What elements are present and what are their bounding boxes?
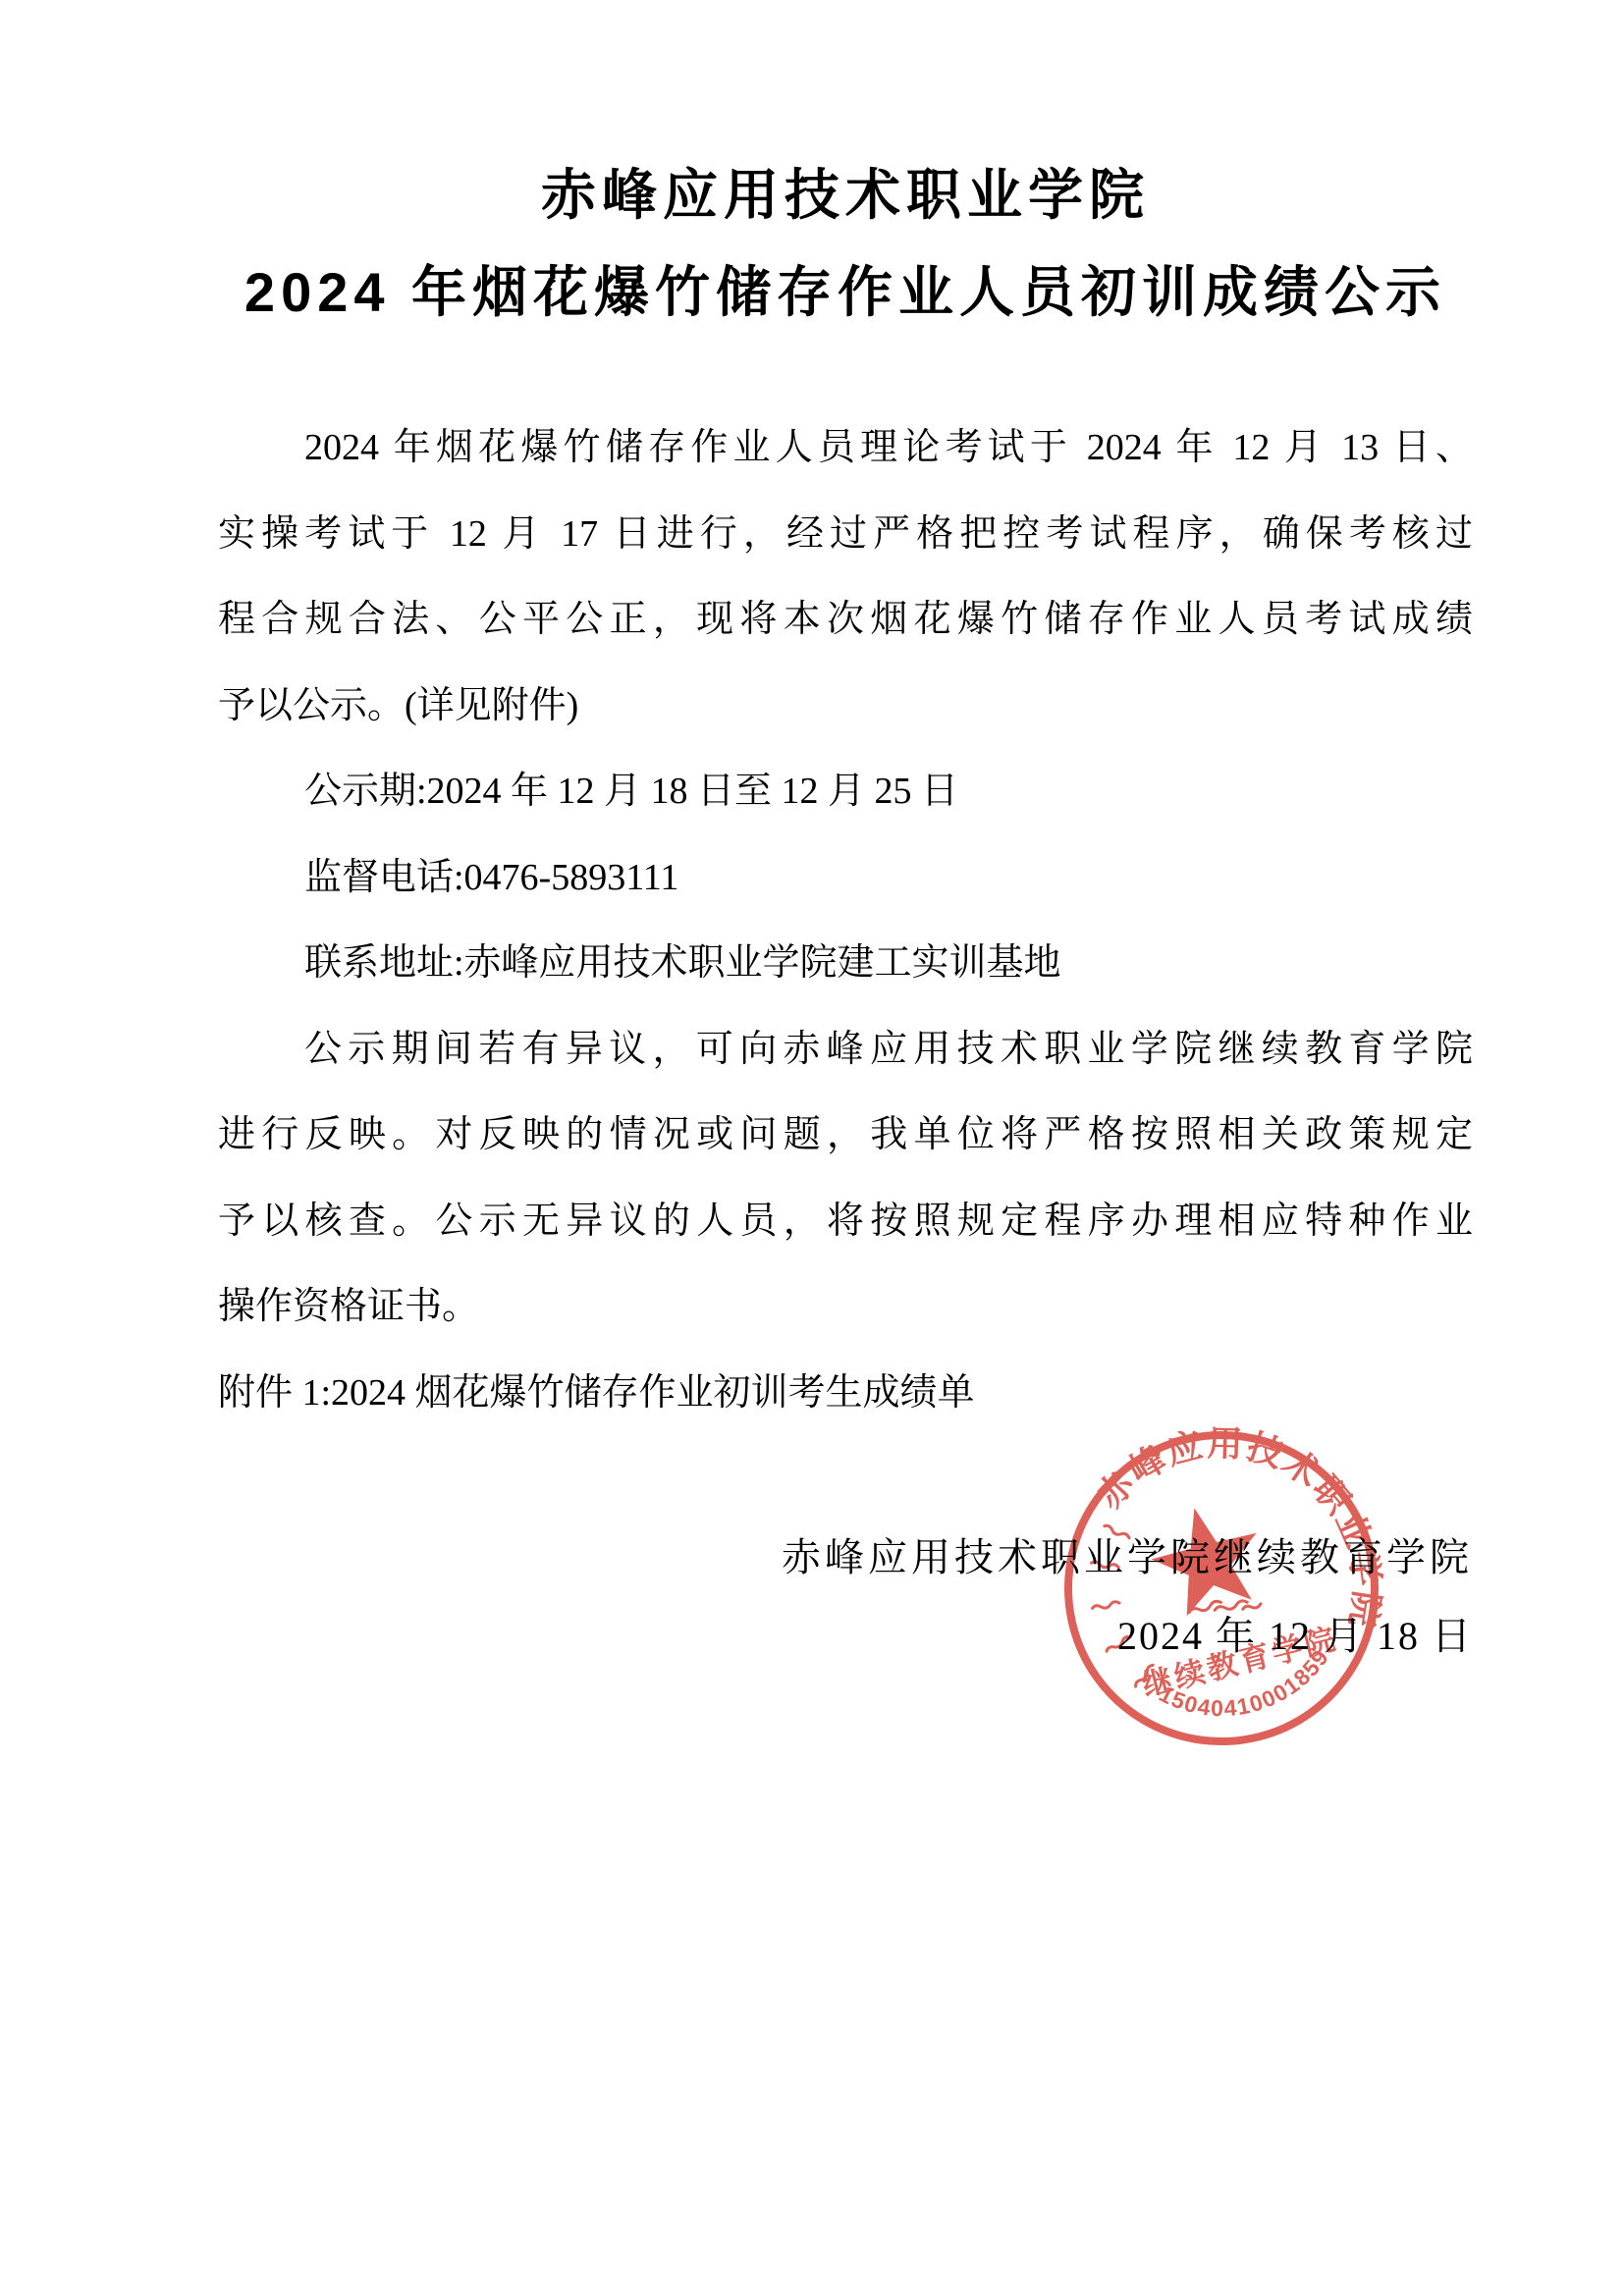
body-line: 实操考试于 12 月 17 日进行，经过严格把控考试程序，确保考核过 bbox=[218, 492, 1473, 578]
document-title-line2: 2024 年烟花爆竹储存作业人员初训成绩公示 bbox=[218, 262, 1473, 323]
body-line: 操作资格证书。 bbox=[218, 1264, 1473, 1351]
mongolian-script-marks bbox=[1073, 1492, 1273, 1693]
seal-group: 赤峰应用技术职业学院 继续教育学院 15040410001859 bbox=[1045, 1412, 1398, 1765]
seal-outer-ring bbox=[1045, 1412, 1398, 1765]
document-page: 赤峰应用技术职业学院 2024 年烟花爆竹储存作业人员初训成绩公示 2024 年… bbox=[0, 0, 1624, 2296]
signature-organization: 赤峰应用技术职业学院继续教育学院 bbox=[782, 1533, 1473, 1582]
body-line: 公示期:2024 年 12 月 18 日至 12 月 25 日 bbox=[218, 749, 1473, 835]
body-line: 予以核查。公示无异议的人员，将按照规定程序办理相应特种作业 bbox=[218, 1179, 1473, 1265]
document-title-line1: 赤峰应用技术职业学院 bbox=[218, 165, 1473, 226]
body-line: 附件 1:2024 烟花爆竹储存作业初训考生成绩单 bbox=[218, 1351, 1473, 1437]
body-line: 进行反映。对反映的情况或问题，我单位将严格按照相关政策规定 bbox=[218, 1093, 1473, 1179]
document-body: 2024 年烟花爆竹储存作业人员理论考试于 2024 年 12 月 13 日、实… bbox=[218, 405, 1473, 1436]
body-line: 公示期间若有异议，可向赤峰应用技术职业学院继续教育学院 bbox=[218, 1007, 1473, 1094]
body-line: 2024 年烟花爆竹储存作业人员理论考试于 2024 年 12 月 13 日、 bbox=[218, 405, 1473, 492]
body-line: 予以公示。(详见附件) bbox=[218, 664, 1473, 750]
signature-date: 2024 年 12 月 18 日 bbox=[1117, 1612, 1473, 1661]
body-line: 监督电话:0476-5893111 bbox=[218, 835, 1473, 922]
body-line: 联系地址:赤峰应用技术职业学院建工实训基地 bbox=[218, 921, 1473, 1007]
body-line: 程合规合法、公平公正，现将本次烟花爆竹储存作业人员考试成绩 bbox=[218, 577, 1473, 664]
official-seal-stamp: 赤峰应用技术职业学院 继续教育学院 15040410001859 bbox=[1045, 1412, 1398, 1765]
